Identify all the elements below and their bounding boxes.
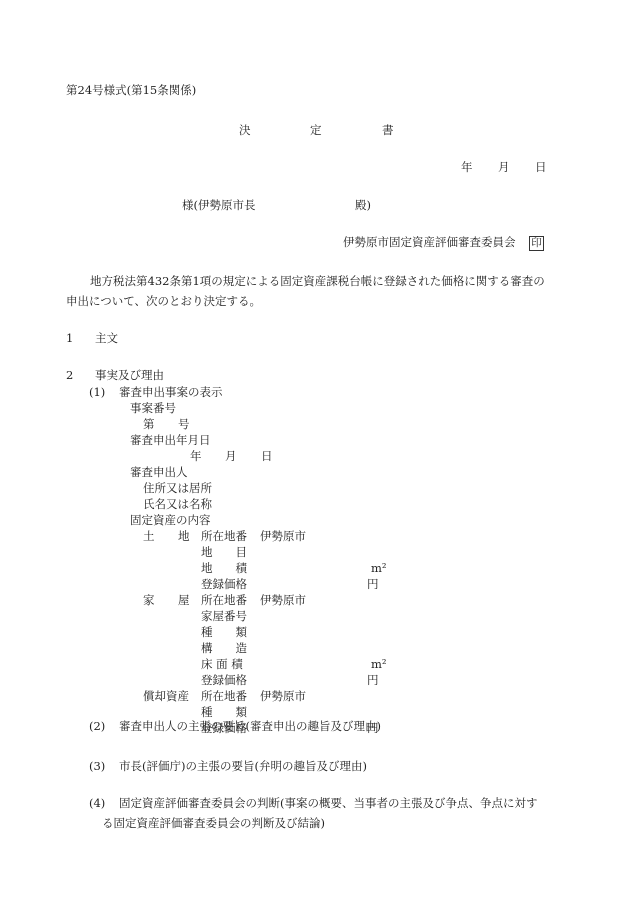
sub4-number: (4) xyxy=(89,795,105,811)
house-type-label: 種 類 xyxy=(201,624,247,640)
house-category-a: 家 xyxy=(143,592,155,608)
section2-number: 2 xyxy=(66,367,73,383)
house-floor-area-unit: m² xyxy=(371,656,387,672)
section1-label: 主文 xyxy=(95,330,118,346)
sub1-number: (1) xyxy=(89,384,105,400)
filing-date-year: 年 xyxy=(190,448,202,464)
assets-label: 固定資産の内容 xyxy=(130,512,211,528)
case-number-label: 事案番号 xyxy=(130,400,176,416)
house-category-b: 屋 xyxy=(178,592,190,608)
sub4-line-1: 固定資産評価審査委員会の判断(事案の概要、当事者の主張及び争点、争点に対す xyxy=(119,795,537,811)
house-price-unit: 円 xyxy=(367,672,379,688)
title-char-2: 定 xyxy=(310,122,322,138)
land-location-value: 伊勢原市 xyxy=(260,528,306,544)
house-structure-label: 構 造 xyxy=(201,640,247,656)
land-location-label: 所在地番 xyxy=(201,528,247,544)
filing-date-month: 月 xyxy=(225,448,237,464)
case-number-suffix: 号 xyxy=(178,416,190,432)
sub2-number: (2) xyxy=(89,718,105,734)
sub3-number: (3) xyxy=(89,758,105,774)
sub2-label: 審査申出人の主張の要旨(審査申出の趣旨及び理由) xyxy=(119,718,381,734)
sub4-line-2: る固定資産評価審査委員会の判断及び結論) xyxy=(102,815,325,831)
house-price-label: 登録価格 xyxy=(201,672,247,688)
depreciable-location-value: 伊勢原市 xyxy=(260,688,306,704)
house-floor-area-label: 床 面 積 xyxy=(201,656,243,672)
sub1-label: 審査申出事案の表示 xyxy=(119,384,223,400)
house-location-value: 伊勢原市 xyxy=(260,592,306,608)
addressee-prefix: 様(伊勢原市長 xyxy=(182,197,256,213)
land-area-unit: m² xyxy=(371,560,387,576)
case-number-prefix: 第 xyxy=(143,416,155,432)
land-category-label: 地 目 xyxy=(201,544,247,560)
land-category-b: 地 xyxy=(178,528,190,544)
land-area-label: 地 積 xyxy=(201,560,247,576)
sub3-label: 市長(評価庁)の主張の要旨(弁明の趣旨及び理由) xyxy=(119,758,367,774)
address-label: 住所又は居所 xyxy=(143,480,212,496)
name-label: 氏名又は名称 xyxy=(143,496,212,512)
section2-label: 事実及び理由 xyxy=(95,367,164,383)
title-char-1: 決 xyxy=(239,122,251,138)
applicant-label: 審査申出人 xyxy=(130,464,188,480)
depreciable-location-label: 所在地番 xyxy=(201,688,247,704)
house-location-label: 所在地番 xyxy=(201,592,247,608)
date-year: 年 xyxy=(461,159,473,175)
seal-box: 印 xyxy=(529,236,544,251)
intro-line-2: 申出について、次のとおり決定する。 xyxy=(66,293,261,309)
addressee-suffix: 殿) xyxy=(355,197,371,213)
filing-date-day: 日 xyxy=(261,448,273,464)
land-price-label: 登録価格 xyxy=(201,576,247,592)
date-day: 日 xyxy=(535,159,547,175)
depreciable-category: 償却資産 xyxy=(143,688,189,704)
filing-date-label: 審査申出年月日 xyxy=(130,432,211,448)
title-char-3: 書 xyxy=(382,122,394,138)
form-number: 第24号様式(第15条関係) xyxy=(66,82,196,98)
land-category-a: 土 xyxy=(143,528,155,544)
land-price-unit: 円 xyxy=(367,576,379,592)
seal-mark: 印 xyxy=(529,234,544,251)
date-month: 月 xyxy=(498,159,510,175)
issuer-name: 伊勢原市固定資産評価審査委員会 xyxy=(343,234,516,250)
house-number-label: 家屋番号 xyxy=(201,608,247,624)
section1-number: 1 xyxy=(66,330,73,346)
intro-line-1: 地方税法第432条第1項の規定による固定資産課税台帳に登録された価格に関する審査… xyxy=(90,273,545,289)
